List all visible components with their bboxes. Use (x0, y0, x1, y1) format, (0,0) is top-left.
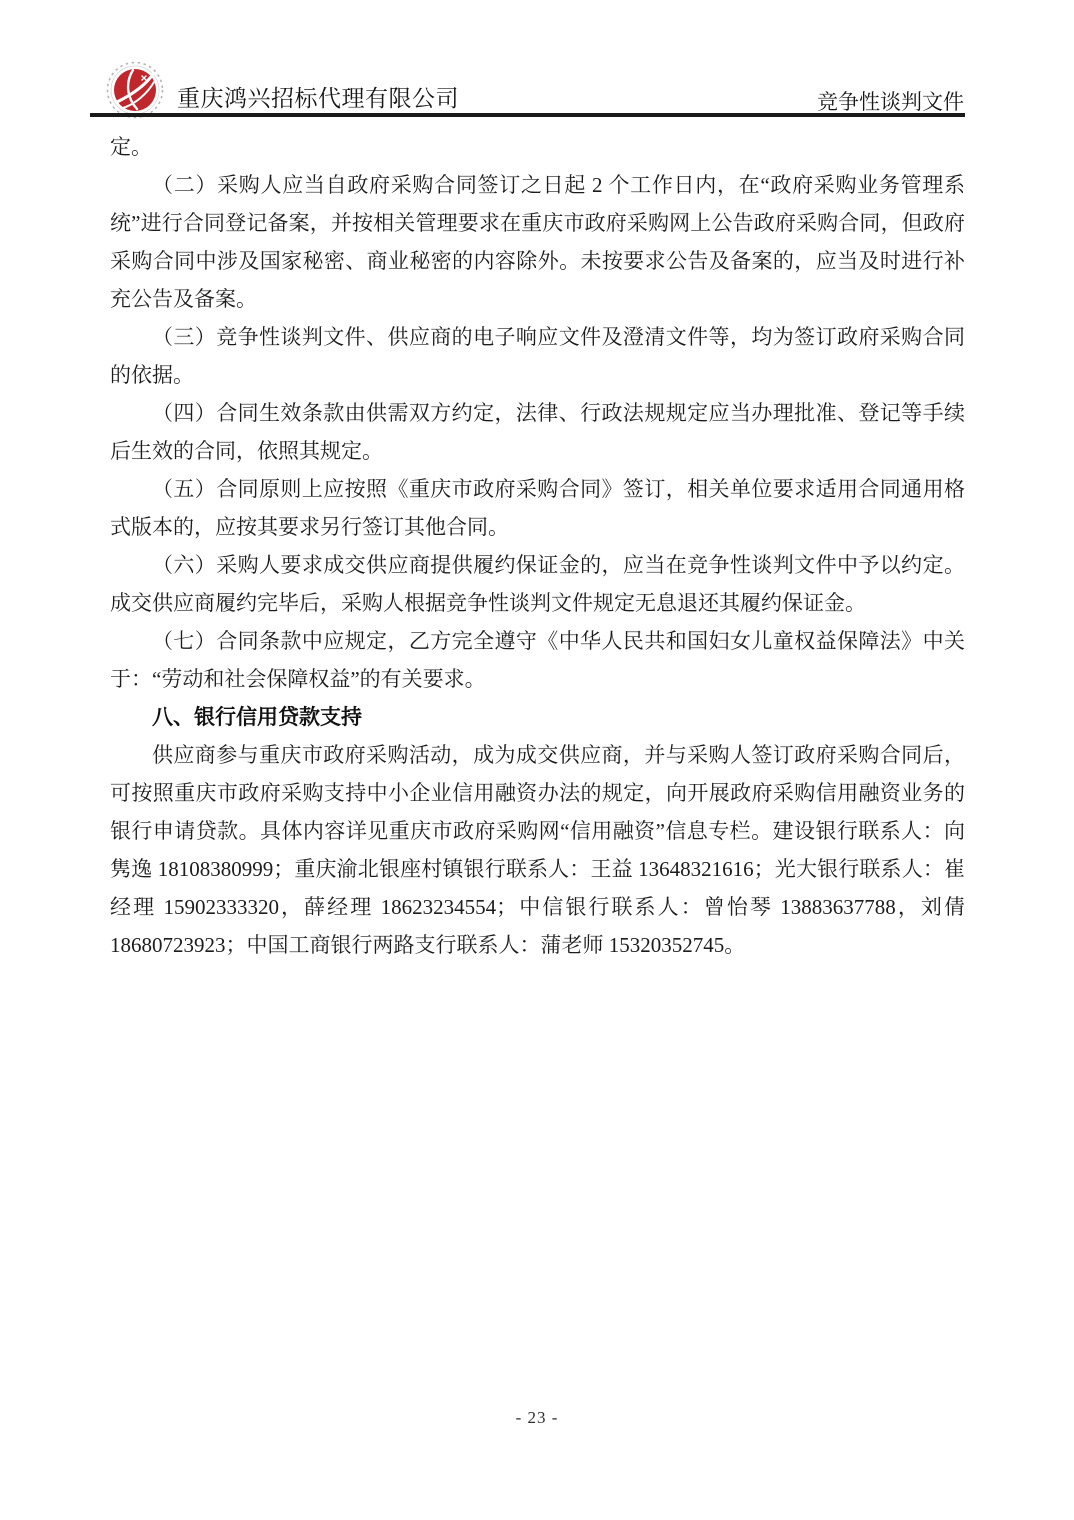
paragraph-item-7-women-children-rights: （七）合同条款中应规定，乙方完全遵守《中华人民共和国妇女儿童权益保障法》中关于：… (110, 622, 965, 698)
document-body: 定。 （二）采购人应当自政府采购合同签订之日起 2 个工作日内，在“政府采购业务… (110, 128, 965, 964)
paragraph-continuation: 定。 (110, 128, 965, 166)
paragraph-bank-credit-details: 供应商参与重庆市政府采购活动，成为成交供应商，并与采购人签订政府采购合同后，可按… (110, 736, 965, 964)
paragraph-item-5-contract-template: （五）合同原则上应按照《重庆市政府采购合同》签订，相关单位要求适用合同通用格式版… (110, 470, 965, 546)
header-company-name: 重庆鸿兴招标代理有限公司 (177, 84, 459, 114)
page-footer: - 23 - (0, 1404, 1074, 1432)
header-divider (90, 113, 965, 117)
paragraph-item-3-contract-basis: （三）竞争性谈判文件、供应商的电子响应文件及澄清文件等，均为签订政府采购合同的依… (110, 318, 965, 394)
paragraph-item-6-performance-bond: （六）采购人要求成交供应商提供履约保证金的，应当在竞争性谈判文件中予以约定。成交… (110, 546, 965, 622)
company-logo-icon (106, 61, 164, 119)
header-doc-type: 竞争性谈判文件 (817, 88, 964, 116)
paragraph-item-4-contract-effect: （四）合同生效条款由供需双方约定，法律、行政法规规定应当办理批准、登记等手续后生… (110, 394, 965, 470)
section-heading-bank-credit-support: 八、银行信用贷款支持 (110, 698, 965, 736)
paragraph-item-2-contract-filing: （二）采购人应当自政府采购合同签订之日起 2 个工作日内，在“政府采购业务管理系… (110, 166, 965, 318)
document-page: 重庆鸿兴招标代理有限公司 竞争性谈判文件 定。 （二）采购人应当自政府采购合同签… (0, 0, 1074, 1520)
page-number: - 23 - (516, 1408, 559, 1427)
